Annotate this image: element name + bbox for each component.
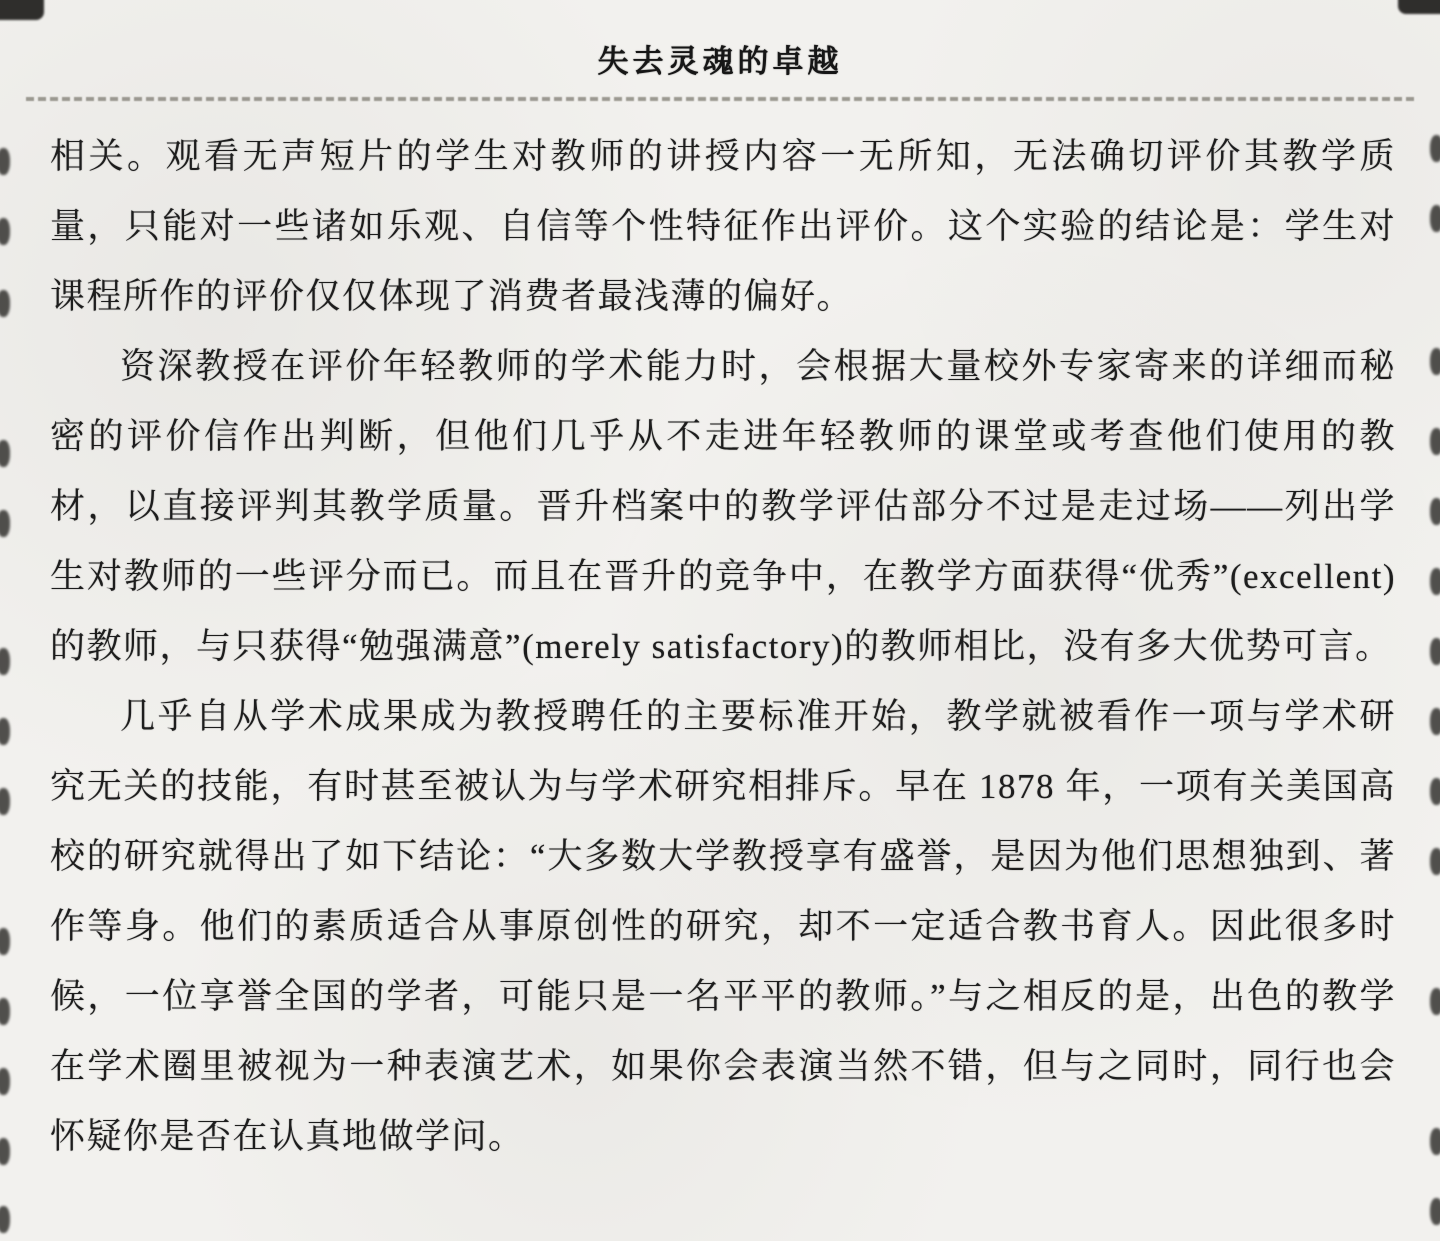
scan-edge-artifact — [1430, 1198, 1440, 1225]
page-title: 失去灵魂的卓越 — [0, 36, 1440, 81]
scan-corner-artifact — [0, 0, 44, 20]
scan-edge-artifact — [0, 1138, 10, 1165]
scan-edge-artifact — [1430, 638, 1440, 665]
scan-edge-artifact — [1430, 135, 1440, 162]
book-page-scan: 失去灵魂的卓越 相关。观看无声短片的学生对教师的讲授内容一无所知，无法确切评价其… — [0, 0, 1440, 1241]
paragraph: 相关。观看无声短片的学生对教师的讲授内容一无所知，无法确切评价其教学质量，只能对… — [50, 122, 1396, 332]
scan-edge-artifact — [1430, 988, 1440, 1015]
scan-edge-artifact — [1430, 778, 1440, 805]
scan-edge-artifact — [1430, 848, 1440, 875]
scan-edge-artifact — [1430, 428, 1440, 455]
scan-edge-artifact — [0, 290, 10, 317]
scan-edge-artifact — [0, 718, 10, 745]
scan-edge-artifact — [1430, 568, 1440, 595]
scan-edge-artifact — [1430, 205, 1440, 232]
scan-edge-artifact — [0, 440, 10, 467]
paragraph: 资深教授在评价年轻教师的学术能力时，会根据大量校外专家寄来的详细而秘密的评价信作… — [50, 332, 1396, 682]
scan-edge-artifact — [0, 928, 10, 955]
dashed-divider — [26, 97, 1414, 101]
scan-edge-artifact — [0, 148, 10, 175]
scan-edge-artifact — [1430, 348, 1440, 375]
scan-edge-artifact — [1430, 1128, 1440, 1155]
scan-edge-artifact — [0, 648, 10, 675]
body-text: 相关。观看无声短片的学生对教师的讲授内容一无所知，无法确切评价其教学质量，只能对… — [50, 122, 1396, 1172]
scan-edge-artifact — [0, 998, 10, 1025]
scan-corner-artifact — [1398, 0, 1440, 14]
scan-edge-artifact — [0, 510, 10, 537]
scan-edge-artifact — [0, 788, 10, 815]
scan-edge-artifact — [0, 1206, 10, 1233]
scan-edge-artifact — [1430, 498, 1440, 525]
scan-edge-artifact — [0, 1068, 10, 1095]
scan-edge-artifact — [1430, 708, 1440, 735]
paragraph: 几乎自从学术成果成为教授聘任的主要标准开始，教学就被看作一项与学术研究无关的技能… — [50, 682, 1396, 1172]
scan-edge-artifact — [0, 218, 10, 245]
